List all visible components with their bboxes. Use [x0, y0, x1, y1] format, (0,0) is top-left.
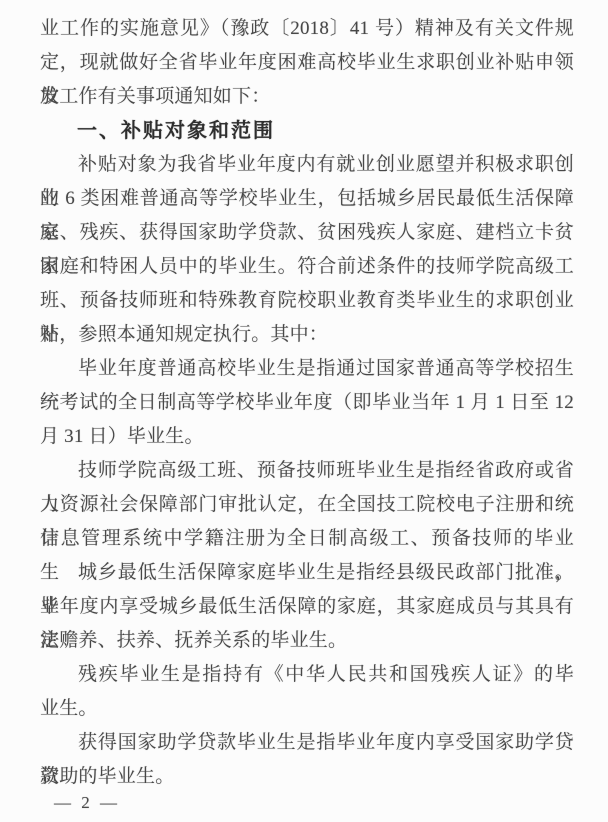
- page-number: — 2 —: [54, 792, 120, 814]
- text-line: 残疾毕业生是指持有《中华人民共和国残疾人证》的毕: [40, 658, 574, 692]
- text-line: 的 6 类困难普通高等学校毕业生，包括城乡居民最低生活保障家: [40, 182, 574, 216]
- text-line: 月 31 日）毕业生。: [40, 420, 574, 454]
- text-line: 定，现就做好全省毕业年度困难高校毕业生求职创业补贴申领发: [40, 46, 574, 80]
- text-line: 庭、残疾、获得国家助学贷款、贫困残疾人家庭、建档立卡贫困: [40, 216, 574, 250]
- text-line: 补贴对象为我省毕业年度内有就业创业愿望并积极求职创业: [40, 148, 574, 182]
- text-line: 一考试的全日制高等学校毕业年度（即毕业当年 1 月 1 日至 12: [40, 386, 574, 420]
- document-lines: 业工作的实施意见》（豫政〔2018〕41 号）精神及有关文件规定，现就做好全省毕…: [40, 12, 574, 794]
- text-line: 班、预备技师班和特殊教育院校职业教育类毕业生的求职创业补: [40, 284, 574, 318]
- text-line: 放工作有关事项通知如下：: [40, 80, 574, 114]
- text-line: 业工作的实施意见》（豫政〔2018〕41 号）精神及有关文件规: [40, 12, 574, 46]
- text-line: 业生。: [40, 692, 574, 726]
- text-line: 家庭和特困人员中的毕业生。符合前述条件的技师学院高级工: [40, 250, 574, 284]
- text-line: 资助的毕业生。: [40, 760, 574, 794]
- text-line: 获得国家助学贷款毕业生是指毕业年度内享受国家助学贷款: [40, 726, 574, 760]
- section-heading: 一、补贴对象和范围: [40, 114, 574, 148]
- document-page: 业工作的实施意见》（豫政〔2018〕41 号）精神及有关文件规定，现就做好全省毕…: [0, 0, 608, 822]
- text-line: 信息管理系统中学籍注册为全日制高级工、预备技师的毕业生。: [40, 522, 574, 556]
- text-line: 贴，参照本通知规定执行。其中：: [40, 318, 574, 352]
- text-line: 技师学院高级工班、预备技师班毕业生是指经省政府或省人: [40, 454, 574, 488]
- text-line: 定赡养、扶养、抚养关系的毕业生。: [40, 624, 574, 658]
- text-line: 毕业年度普通高校毕业生是指通过国家普通高等学校招生统: [40, 352, 574, 386]
- text-line: 业年度内享受城乡最低生活保障的家庭，其家庭成员与其具有法: [40, 590, 574, 624]
- text-line: 力资源社会保障部门审批认定，在全国技工院校电子注册和统计: [40, 488, 574, 522]
- text-line: 城乡最低生活保障家庭毕业生是指经县级民政部门批准，毕: [40, 556, 574, 590]
